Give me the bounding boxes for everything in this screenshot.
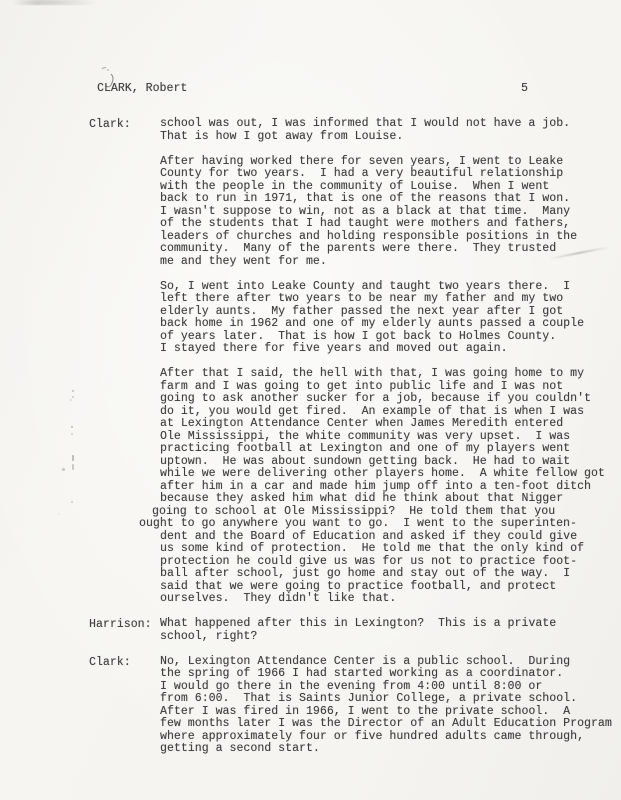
transcript-line: I stayed there for five years and moved …	[160, 343, 617, 356]
speaker-label: Clark:	[89, 656, 131, 669]
transcript-turn: Clark:school was out, I was informed tha…	[0, 118, 621, 606]
turn-body: What happened after this in Lexington? T…	[160, 618, 617, 643]
paragraph: No, Lexington Attendance Center is a pub…	[160, 656, 617, 756]
transcript-line: because they asked him what did he think…	[160, 493, 617, 506]
paragraph: After having worked there for seven year…	[160, 156, 617, 269]
transcript-line: at Lexington Attendance Center when Jame…	[160, 418, 617, 431]
scan-artifact-top-smudge	[12, 0, 96, 5]
transcript-line: few months later I was the Director of a…	[160, 718, 617, 731]
transcript-line: After that I said, the hell with that, I…	[160, 368, 617, 381]
transcript-line: getting a second start.	[160, 743, 617, 756]
speaker-label: Harrison:	[89, 618, 152, 631]
paragraph: What happened after this in Lexington? T…	[160, 618, 617, 643]
transcript-line: community. Many of the parents were ther…	[160, 243, 617, 256]
transcript-line: school was out, I was informed that I wo…	[160, 118, 617, 131]
scanned-document-page: CLARK, Robert 5 Clark:school was out, I …	[0, 0, 621, 800]
page-number: 5	[521, 82, 528, 95]
transcript-turn: Harrison:What happened after this in Lex…	[0, 618, 621, 643]
transcript-line: practicing football at Lexington and one…	[160, 443, 617, 456]
transcript-line: What happened after this in Lexington? T…	[160, 618, 617, 631]
transcript-line: the spring of 1966 I had started working…	[160, 668, 617, 681]
transcript-line: County for two years. I had a very beaut…	[160, 168, 617, 181]
transcript-line: back home in 1962 and one of my elderly …	[160, 318, 617, 331]
transcript-line: ball after school, just go home and stay…	[160, 568, 617, 581]
transcript-line: That is how I got away from Louise.	[160, 131, 617, 144]
paragraph: After that I said, the hell with that, I…	[160, 368, 617, 606]
transcript-line: going to ask another sucker for a job, b…	[160, 393, 617, 406]
transcript-line: school, right?	[160, 631, 617, 644]
transcript-turn: Clark:No, Lexington Attendance Center is…	[0, 656, 621, 756]
transcript-line: ourselves. They didn't like that.	[160, 593, 617, 606]
transcript-line: left there after two years to be near my…	[160, 293, 617, 306]
turn-body: school was out, I was informed that I wo…	[160, 118, 617, 606]
transcript: Clark:school was out, I was informed tha…	[0, 118, 621, 756]
transcript-line: me and they went for me.	[160, 256, 617, 269]
transcript-line: from 6:00. That is Saints Junior College…	[160, 693, 617, 706]
transcript-line: while we were delivering other players h…	[160, 468, 617, 481]
paragraph: So, I went into Leake County and taught …	[160, 281, 617, 356]
transcript-line: back to run in 1971, that is one of the …	[160, 193, 617, 206]
transcript-line: of the students that I had taught were m…	[160, 218, 617, 231]
transcript-line: us some kind of protection. He told me t…	[160, 543, 617, 556]
paragraph: school was out, I was informed that I wo…	[160, 118, 617, 143]
interviewee-name: CLARK, Robert	[97, 82, 187, 95]
speaker-label: Clark:	[89, 118, 131, 131]
transcript-line: ought to go anywhere you want to go. I w…	[139, 518, 617, 531]
turn-body: No, Lexington Attendance Center is a pub…	[160, 656, 617, 756]
